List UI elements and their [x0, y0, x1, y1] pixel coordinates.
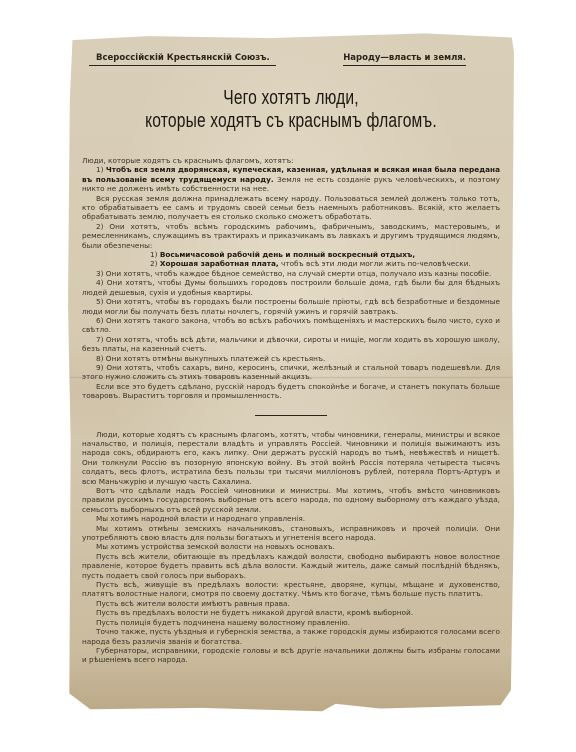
section2-para-11: Точно также, пусть уѣздныя и губернскія …: [82, 627, 500, 646]
sub-number: 1): [150, 250, 158, 259]
section2-para-6: Пусть всѣ жители, обитающіе въ предѣлахъ…: [82, 552, 500, 580]
sub-emphasis: Хорошая заработная плата,: [160, 259, 279, 268]
section2-para-4: Мы хотимъ отмѣны земскихъ начальниковъ, …: [82, 524, 500, 543]
section2-para-9: Пусть въ предѣлахъ волости не будетъ ник…: [82, 608, 500, 617]
leaflet-paper: Всероссійскій Крестьянскій Союзъ. Народу…: [68, 32, 514, 714]
sub-number: 2): [150, 259, 158, 268]
section2-para-10: Пусть полиція будетъ подчинена нашему во…: [82, 618, 500, 627]
demand-2-sub-1: 1) Восьмичасовой рабочій день и полный в…: [82, 250, 500, 259]
demand-4: 4) Они хотятъ, чтобы Думы большихъ город…: [82, 278, 500, 297]
demand-7: 7) Они хотятъ, чтобъ всѣ дѣти, мальчики …: [82, 335, 500, 354]
sub-text: чтобъ всѣ эти люди могли жить по-человѣч…: [281, 259, 471, 268]
demand-8: 8) Они хотятъ отмѣны выкупныхъ платежей …: [82, 354, 500, 363]
demand-5: 5) Они хотятъ, чтобы въ городахъ были по…: [82, 297, 500, 316]
section1-conclusion: Если все это будетъ сдѣлано, русскій нар…: [82, 382, 500, 401]
title-line-2: которые ходятъ съ краснымъ флагомъ.: [117, 110, 465, 133]
section1-intro: Люди, которые ходятъ съ краснымъ флагомъ…: [82, 156, 500, 165]
section2-para-7: Пусть всѣ, живущіе въ предѣлахъ волости:…: [82, 580, 500, 599]
section2-para-12: Губернаторы, исправники, городскіе голов…: [82, 646, 500, 665]
leaflet-title: Чего хотятъ люди, которые ходятъ съ крас…: [117, 87, 465, 133]
section2-para-1: Люди, которые ходятъ съ краснымъ флагомъ…: [82, 430, 500, 486]
section-divider: [255, 415, 327, 416]
demand-9: 9) Они хотятъ, чтобъ сахаръ, вино, керос…: [82, 363, 500, 382]
title-line-1: Чего хотятъ люди,: [117, 87, 465, 110]
demand-3: 3) Они хотятъ, чтобъ каждое бѣдное семей…: [82, 269, 500, 278]
publisher-name: Всероссійскій Крестьянскій Союзъ.: [89, 53, 276, 66]
demand-6: 6) Они хотятъ такого закона, чтобъ во вс…: [82, 316, 500, 335]
demand-1: 1) Чтобъ вся земля дворянская, купеческа…: [82, 165, 500, 193]
section-2: Люди, которые ходятъ съ краснымъ флагомъ…: [82, 430, 500, 665]
leaflet-body: Люди, которые ходятъ съ краснымъ флагомъ…: [82, 156, 500, 665]
demand-2: 2) Они хотятъ, чтобъ всѣмъ городскимъ ра…: [82, 222, 500, 250]
demand-number: 1): [96, 165, 104, 174]
section2-para-2: Вотъ что сдѣлали надъ Россіей чиновники …: [82, 486, 500, 514]
leaflet-header: Всероссійскій Крестьянскій Союзъ. Народу…: [86, 53, 496, 69]
section2-para-5: Мы хотимъ устройства земской волости на …: [82, 542, 500, 551]
demand-2-sub-2: 2) Хорошая заработная плата, чтобъ всѣ э…: [82, 259, 500, 268]
demand-1-continued: Вся русская земля должна принадлежать вс…: [82, 194, 500, 222]
slogan: Народу—власть и земля.: [343, 53, 466, 66]
section2-para-3: Мы хотимъ народной власти и народнаго уп…: [82, 514, 500, 523]
section2-para-8: Пусть всѣ жители волости имѣютъ равныя п…: [82, 599, 500, 608]
sub-emphasis: Восьмичасовой рабочій день и полный воск…: [160, 250, 415, 259]
